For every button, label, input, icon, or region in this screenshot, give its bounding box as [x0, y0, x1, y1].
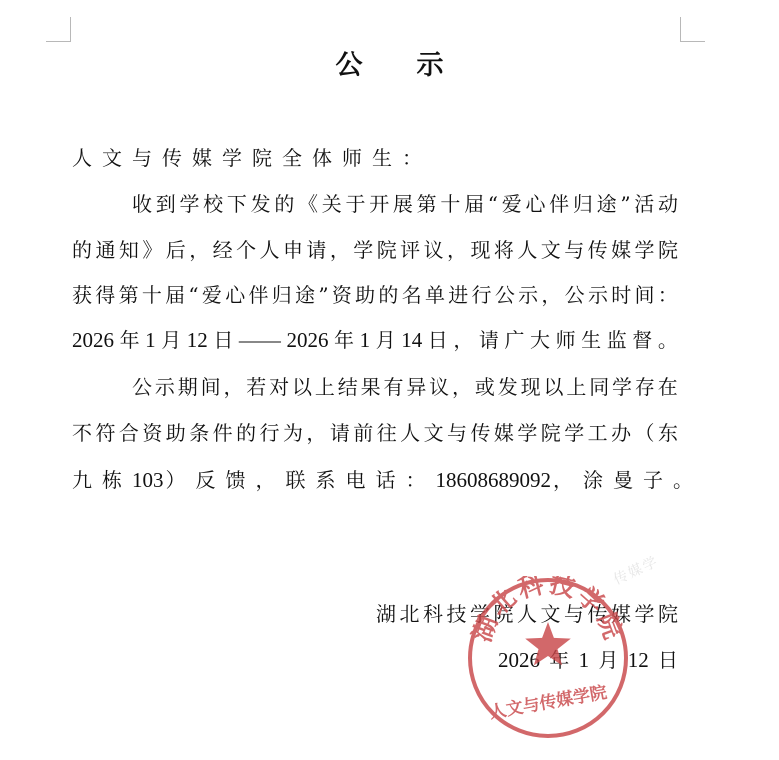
- faint-watermark: 传媒学: [610, 551, 662, 589]
- paragraph-1-line-1: 收到学校下发的《关于开展第十届“爱心伴归途”活动: [132, 189, 678, 219]
- page-corner-mark-right: [680, 17, 705, 42]
- stamp-bottom-text: 人文与传媒学院: [488, 682, 609, 723]
- paragraph-1-line-2: 的通知》后，经个人申请，学院评议，现将人文与传媒学院: [72, 235, 678, 265]
- paragraph-2-line-1: 公示期间，若对以上结果有异议，或发现以上同学存在: [132, 372, 678, 402]
- signature-date: 2026年1月12日: [498, 645, 678, 675]
- page-corner-mark-left: [46, 17, 71, 42]
- salutation: 人文与传媒学院全体师生：: [72, 143, 678, 173]
- signature-organization: 湖北科技学院人文与传媒学院: [376, 599, 678, 629]
- paragraph-1-line-4: 2026年1月12日——2026年1月14日，请广大师生监督。: [72, 325, 678, 355]
- paragraph-1-line-3: 获得第十届“爱心伴归途”资助的名单进行公示，公示时间：: [72, 280, 678, 310]
- document-title: 公示: [0, 48, 779, 84]
- paragraph-2-line-2: 不符合资助条件的行为，请前往人文与传媒学院学工办（东: [72, 418, 678, 448]
- paragraph-2-line-3: 九栋103）反馈，联系电话：18608689092，涂曼子。: [72, 465, 678, 495]
